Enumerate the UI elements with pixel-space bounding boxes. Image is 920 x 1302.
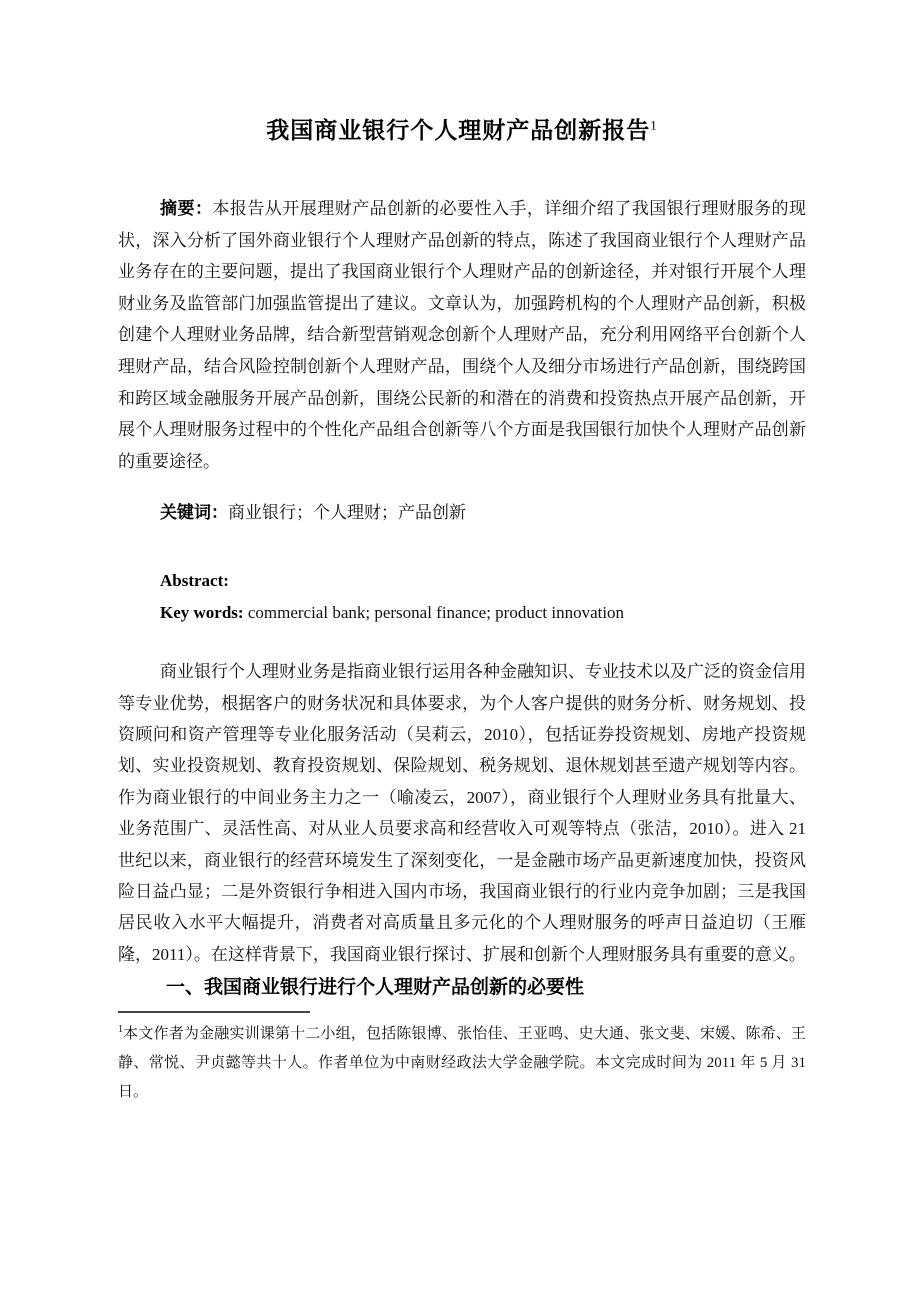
footnote-separator-line [118,1011,310,1013]
keywords-text: 商业银行；个人理财；产品创新 [228,503,466,522]
abstract-label: 摘要： [160,199,212,218]
abstract-en-line: Abstract: [118,565,806,597]
keywords-en-line: Key words: commercial bank; personal fin… [118,597,806,629]
document-title-text: 我国商业银行个人理财产品创新报告 [266,117,650,143]
keywords-line: 关键词：商业银行；个人理财；产品创新 [118,497,806,529]
keywords-en-text: commercial bank; personal finance; produ… [244,603,624,622]
abstract-en-label: Abstract: [160,571,229,590]
title-footnote-ref: 1 [650,117,658,132]
body-paragraph: 商业银行个人理财业务是指商业银行运用各种金融知识、专业技术以及广泛的资金信用等专… [118,656,806,970]
footnote: 1本文作者为金融实训课第十二小组，包括陈银博、张怡佳、王亚鸣、史大通、张文斐、宋… [118,1020,806,1107]
keywords-en-label: Key words: [160,603,244,622]
keywords-label: 关键词： [160,503,228,522]
abstract-paragraph: 摘要：本报告从开展理财产品创新的必要性入手，详细介绍了我国银行理财服务的现状，深… [118,193,806,477]
document-title: 我国商业银行个人理财产品创新报告1 [118,0,806,148]
section-heading: 一、我国商业银行进行个人理财产品创新的必要性 [118,973,806,1002]
document-page: 我国商业银行个人理财产品创新报告1 摘要：本报告从开展理财产品创新的必要性入手，… [0,0,920,1302]
footnote-text: 本文作者为金融实训课第十二小组，包括陈银博、张怡佳、王亚鸣、史大通、张文斐、宋媛… [118,1026,806,1100]
abstract-text: 本报告从开展理财产品创新的必要性入手，详细介绍了我国银行理财服务的现状，深入分析… [118,199,806,471]
document-content: 我国商业银行个人理财产品创新报告1 摘要：本报告从开展理财产品创新的必要性入手，… [0,0,920,1107]
